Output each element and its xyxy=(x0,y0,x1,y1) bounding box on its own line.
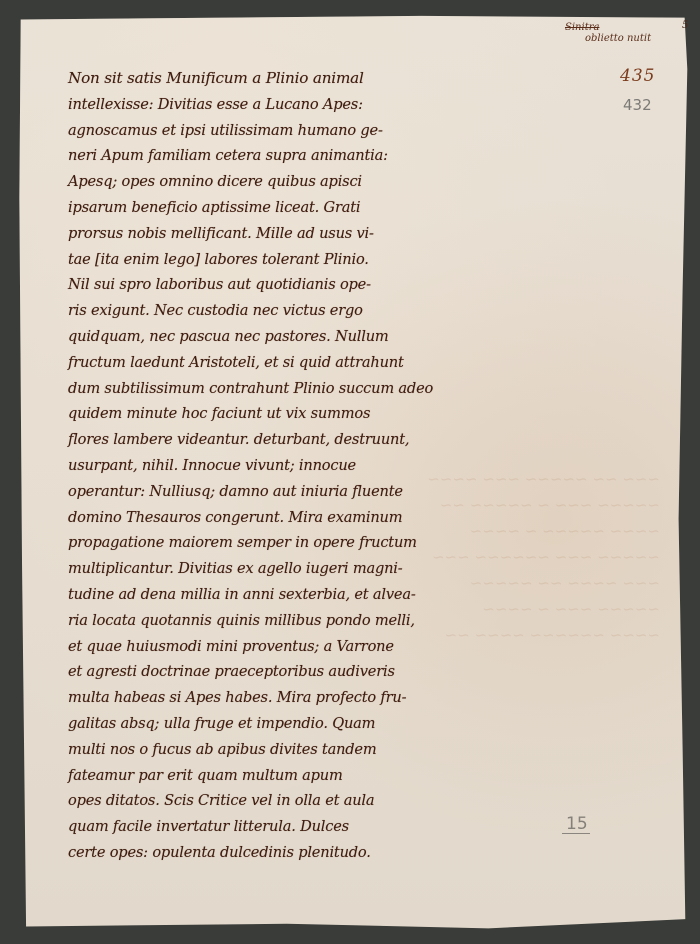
text-line: Apesq; opes omnino dicere quibus apisci xyxy=(68,169,488,195)
manuscript-body: Non sit satis Munificum a Plinio animal … xyxy=(68,66,488,866)
text-line: domino Thesauros congerunt. Mira examinu… xyxy=(68,505,488,531)
text-line: fructum laedunt Aristoteli, et si quid a… xyxy=(68,350,488,376)
text-line: neri Apum familiam cetera supra animanti… xyxy=(68,143,488,169)
page-marker: 5 xyxy=(682,20,688,31)
text-line: propagatione maiorem semper in opere fru… xyxy=(68,530,488,556)
text-line: usurpant, nihil. Innocue vivunt; innocue xyxy=(68,453,488,479)
text-line: operantur: Nulliusq; damno aut iniuria f… xyxy=(68,479,488,505)
folio-number-ink: 435 xyxy=(620,66,655,86)
text-line: intellexisse: Divitias esse a Lucano Ape… xyxy=(68,92,488,118)
pencil-page-number: 15 xyxy=(562,815,590,834)
text-line: dum subtilissimum contrahunt Plinio succ… xyxy=(68,376,488,402)
text-line: Nil sui spro laboribus aut quotidianis o… xyxy=(68,272,488,298)
text-line: agnoscamus et ipsi utilissimam humano ge… xyxy=(68,118,488,144)
text-line: fateamur par erit quam multum apum xyxy=(68,763,488,789)
annotation-line-2: oblietto nutit xyxy=(585,33,685,44)
folio-number-pencil: 432 xyxy=(623,96,652,114)
text-line: multi nos o fucus ab apibus divites tand… xyxy=(68,737,488,763)
text-line: ipsarum beneficio aptissime liceat. Grat… xyxy=(68,195,488,221)
text-line: galitas absq; ulla fruge et impendio. Qu… xyxy=(68,711,488,737)
text-line: quidquam, nec pascua nec pastores. Nullu… xyxy=(68,324,488,350)
text-line: opes ditatos. Scis Critice vel in olla e… xyxy=(68,788,488,814)
text-line: et quae huiusmodi mini proventus; a Varr… xyxy=(68,634,488,660)
archive-annotation: Sinitra oblietto nutit xyxy=(565,22,685,44)
text-line: ris exigunt. Nec custodia nec victus erg… xyxy=(68,298,488,324)
text-line: multiplicantur. Divitias ex agello iuger… xyxy=(68,556,488,582)
text-line: quidem minute hoc faciunt ut vix summos xyxy=(68,401,488,427)
text-line: tae [ita enim lego] labores tolerant Pli… xyxy=(68,247,488,273)
text-line: multa habeas si Apes habes. Mira profect… xyxy=(68,685,488,711)
text-line: tudine ad dena millia in anni sexterbia,… xyxy=(68,582,488,608)
text-line: Non sit satis Munificum a Plinio animal xyxy=(68,66,488,92)
text-line: certe opes: opulenta dulcedinis plenitud… xyxy=(68,840,488,866)
text-line: quam facile invertatur litterula. Dulces xyxy=(68,814,488,840)
text-line: ria locata quotannis quinis millibus pon… xyxy=(68,608,488,634)
annotation-line-1: Sinitra xyxy=(565,22,685,33)
text-line: et agresti doctrinae praeceptoribus audi… xyxy=(68,659,488,685)
manuscript-scan: ~~~ ~~ ~~~~~ ~~~ ~~~~ ~~~~~ ~~~ ~ ~~~~~ … xyxy=(0,0,700,944)
text-line: flores lambere videantur. deturbant, des… xyxy=(68,427,488,453)
text-line: prorsus nobis mellificant. Mille ad usus… xyxy=(68,221,488,247)
